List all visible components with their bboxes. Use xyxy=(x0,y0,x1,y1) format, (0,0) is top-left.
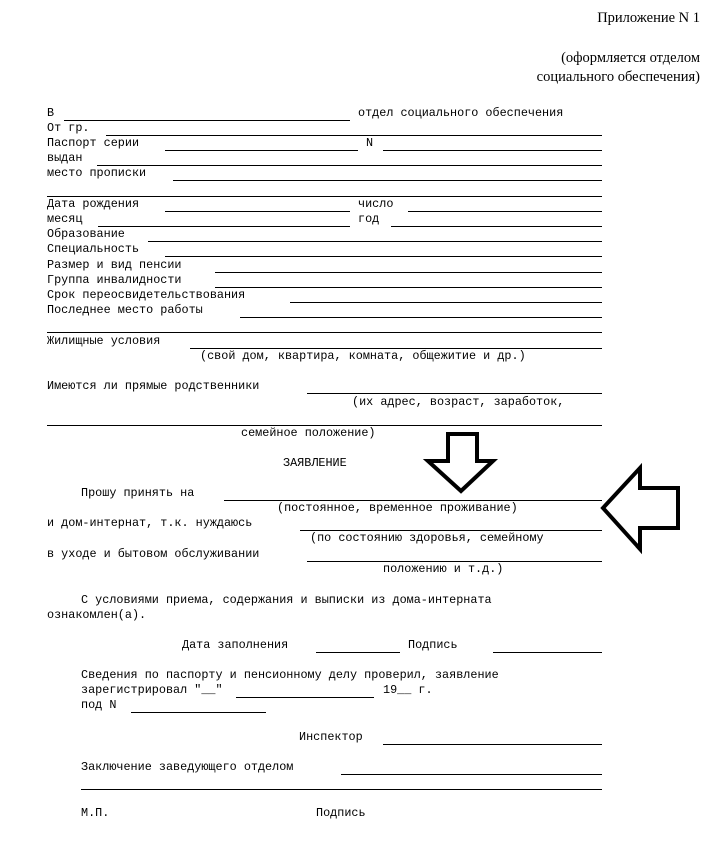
inspector-label: Инспектор xyxy=(299,730,363,744)
arrow-down-icon xyxy=(425,432,497,494)
issued-field[interactable] xyxy=(97,153,602,165)
day-field[interactable] xyxy=(408,199,602,211)
verification-line-1: Сведения по паспорту и пенсионному делу … xyxy=(81,668,499,682)
passport-number-field[interactable] xyxy=(383,138,602,150)
appendix-label: Приложение N 1 xyxy=(597,10,700,27)
passport-series-field[interactable] xyxy=(165,138,358,150)
relatives-field[interactable] xyxy=(307,381,602,393)
applicant-signature-field[interactable] xyxy=(493,640,602,652)
arrow-left-icon xyxy=(600,465,684,553)
passport-number-label: N xyxy=(366,136,373,150)
registration-number-label: под N xyxy=(81,698,116,712)
header-note-line2: социального обеспечения) xyxy=(537,69,700,86)
head-conclusion-field[interactable] xyxy=(341,762,602,774)
last-job-label: Последнее место работы xyxy=(47,303,203,317)
specialty-label: Специальность xyxy=(47,242,139,256)
request-field[interactable] xyxy=(224,488,602,500)
disability-label: Группа инвалидности xyxy=(47,273,182,287)
pension-label: Размер и вид пенсии xyxy=(47,258,182,272)
registration-number-field[interactable] xyxy=(131,700,266,712)
registered-year: 19__ г. xyxy=(383,683,433,697)
passport-series-label: Паспорт серии xyxy=(47,136,139,150)
registered-date-field[interactable] xyxy=(236,685,374,697)
from-field[interactable] xyxy=(106,123,602,135)
disability-field[interactable] xyxy=(215,275,602,287)
year-field[interactable] xyxy=(391,214,602,226)
fill-date-label: Дата заполнения xyxy=(182,638,288,652)
applicant-signature-label: Подпись xyxy=(408,638,458,652)
conditions-line-1: С условиями приема, содержания и выписки… xyxy=(81,593,492,607)
last-job-field[interactable] xyxy=(240,305,602,317)
relatives-hint-2: семейное положение) xyxy=(241,426,376,440)
head-conclusion-label: Заключение заведующего отделом xyxy=(81,760,293,774)
head-conclusion-field-extra[interactable] xyxy=(81,777,602,789)
education-label: Образование xyxy=(47,227,125,241)
registration-field[interactable] xyxy=(173,168,602,180)
to-suffix-label: отдел социального обеспечения xyxy=(358,106,563,120)
registered-label: зарегистрировал "__" xyxy=(81,683,223,697)
care-label: в уходе и бытовом обслуживании xyxy=(47,547,259,561)
request-label: Прошу принять на xyxy=(81,486,194,500)
birth-date-field[interactable] xyxy=(165,199,350,211)
last-job-field-extra[interactable] xyxy=(47,320,602,332)
housing-hint: (свой дом, квартира, комната, общежитие … xyxy=(200,349,526,363)
registration-label: место прописки xyxy=(47,166,146,180)
to-department-field[interactable] xyxy=(64,108,350,120)
inspector-field[interactable] xyxy=(383,732,602,744)
relatives-hint-1: (их адрес, возраст, заработок, xyxy=(352,395,564,409)
to-label: В xyxy=(47,106,54,120)
need-hint-1: (по состоянию здоровья, семейному xyxy=(310,531,544,545)
stamp-label: М.П. xyxy=(81,806,109,820)
month-field[interactable] xyxy=(98,214,350,226)
need-field[interactable] xyxy=(300,518,602,530)
specialty-field[interactable] xyxy=(165,244,602,256)
birth-date-label: Дата рождения xyxy=(47,197,139,211)
housing-field[interactable] xyxy=(190,336,602,348)
fill-date-field[interactable] xyxy=(316,640,400,652)
statement-title: ЗАЯВЛЕНИЕ xyxy=(283,456,347,470)
education-field[interactable] xyxy=(148,229,602,241)
conditions-line-2: ознакомлен(а). xyxy=(47,608,146,622)
registration-field-extra[interactable] xyxy=(47,184,602,196)
day-label: число xyxy=(358,197,393,211)
relatives-label: Имеются ли прямые родственники xyxy=(47,379,259,393)
need-hint-2: положению и т.д.) xyxy=(383,562,503,576)
recertification-field[interactable] xyxy=(290,290,602,302)
year-label: год xyxy=(358,212,379,226)
care-field[interactable] xyxy=(307,549,602,561)
relatives-field-extra[interactable] xyxy=(47,413,602,425)
need-label: и дом-интернат, т.к. нуждаюсь xyxy=(47,516,252,530)
head-signature-label: Подпись xyxy=(316,806,366,820)
recertification-label: Срок переосвидетельствования xyxy=(47,288,245,302)
month-label: месяц xyxy=(47,212,82,226)
from-label: От гр. xyxy=(47,121,89,135)
request-hint: (постоянное, временное проживание) xyxy=(277,501,518,515)
issued-label: выдан xyxy=(47,151,82,165)
header-note-line1: (оформляется отделом xyxy=(561,50,700,67)
housing-label: Жилищные условия xyxy=(47,334,160,348)
pension-field[interactable] xyxy=(215,260,602,272)
